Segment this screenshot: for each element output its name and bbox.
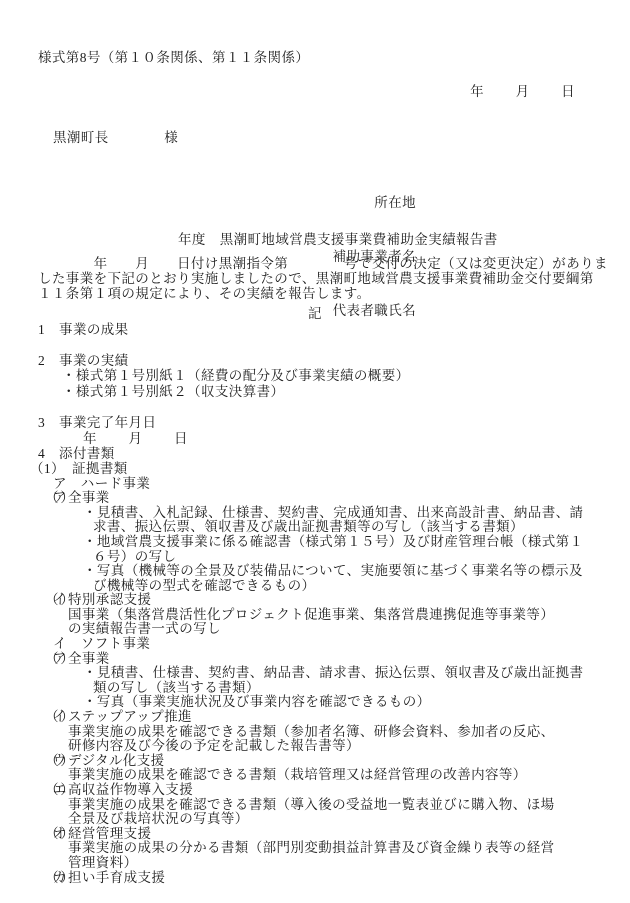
section-2-heading: 2 事業の実績 (0, 353, 630, 369)
item-heading: （エ）高収益作物導入支援 (0, 783, 630, 798)
paren-label: （オ） (45, 827, 68, 842)
bullet-line: ・写真（事業実施状況及び事業内容を確認できるもの） (0, 695, 630, 710)
paren-label: （ア） (45, 652, 68, 667)
paragraph-line: １１条第１項の規定により、その実績を報告します。 (38, 286, 630, 301)
category-heading: イ ソフト事業 (0, 637, 630, 652)
bullet-line: ・地域営農支援事業に係る確認書（様式第１５号）及び財産管理台帳（様式第１ (0, 535, 630, 550)
bullet-continuation: 求書、振込伝票、領収書及び歳出証拠書類等の写し（該当する書類） (0, 520, 630, 535)
description-line: 全景及び栽培状況の写真等） (0, 812, 630, 827)
paren-label: （エ） (45, 783, 68, 798)
blank-line (0, 337, 630, 353)
completion-date-line: 年 月 日 (0, 431, 630, 447)
section-1-heading: 1 事業の成果 (0, 322, 630, 338)
paragraph-line: した事業を下記のとおり実施しましたので、黒潮町地域営農支援事業費補助金交付要綱第 (38, 271, 630, 286)
opening-paragraph: 年 月 日付け黒潮指令第 号で交付の決定（又は変更決定）がありました事業を下記の… (38, 256, 630, 302)
sender-address-label: 所在地 (0, 194, 416, 212)
paren-label: （イ） (45, 710, 68, 725)
description-line: 事業実施の成果の分かる書類（部門別変動損益計算書及び資金繰り表等の経営 (0, 841, 630, 856)
paren-label: （ウ） (45, 754, 68, 769)
addressee-line: 黒潮町長 様 (53, 126, 178, 146)
date-line: 年 月 日 (0, 80, 575, 100)
description-line: 管理資料） (0, 856, 630, 871)
description-line: 事業実施の成果を確認できる書類（導入後の受益地一覧表並びに購入物、ほ場 (0, 798, 630, 813)
document-title: 年度 黒潮町地域営農支援事業費補助金実績報告書 (178, 228, 498, 248)
document-body: 記1 事業の成果 2 事業の実績・様式第１号別紙１（経費の配分及び事業実績の概要… (0, 306, 630, 885)
subsection-heading: （1） 証拠書類 (0, 462, 630, 477)
description-line: 事業実施の成果を確認できる書類（栽培管理又は経営管理の改善内容等） (0, 768, 630, 783)
description-line: 研修内容及び今後の予定を記載した報告書等） (0, 739, 630, 754)
category-heading: ア ハード事業 (0, 477, 630, 492)
bullet-line: ・写真（機械等の全景及び装備品について、実施要領に基づく事業名等の標示及 (0, 564, 630, 579)
item-heading: （ア）全事業 (0, 491, 630, 506)
document-page: 様式第8号（第１０条関係、第１１条関係） 年 月 日 黒潮町長 様 所在地 補助… (0, 0, 630, 903)
paren-label: （イ） (45, 593, 68, 608)
section-4-heading: 4 添付書類 (0, 446, 630, 462)
attachment-item: ・様式第１号別紙１（経費の配分及び事業実績の概要） (0, 368, 630, 384)
item-heading: （イ）特別承認支援 (0, 593, 630, 608)
attachment-item: ・様式第１号別紙２（収支決算書） (0, 384, 630, 400)
item-heading: （カ）担い手育成支援 (0, 871, 630, 886)
form-number: 様式第8号（第１０条関係、第１１条関係） (38, 46, 309, 66)
ki-marker: 記 (0, 306, 630, 322)
blank-line (0, 400, 630, 416)
bullet-line: ・見積書、仕様書、契約書、納品書、請求書、振込伝票、領収書及び歳出証拠書 (0, 666, 630, 681)
item-heading: （イ）ステップアップ推進 (0, 710, 630, 725)
description-line: の実績報告書一式の写し (0, 622, 630, 637)
bullet-continuation: ６号）の写し (0, 550, 630, 565)
paragraph-line: 年 月 日付け黒潮指令第 号で交付の決定（又は変更決定）がありま (38, 256, 630, 271)
paren-label: （ア） (45, 491, 68, 506)
section-3-heading: 3 事業完了年月日 (0, 415, 630, 431)
paren-label: （カ） (45, 871, 68, 886)
